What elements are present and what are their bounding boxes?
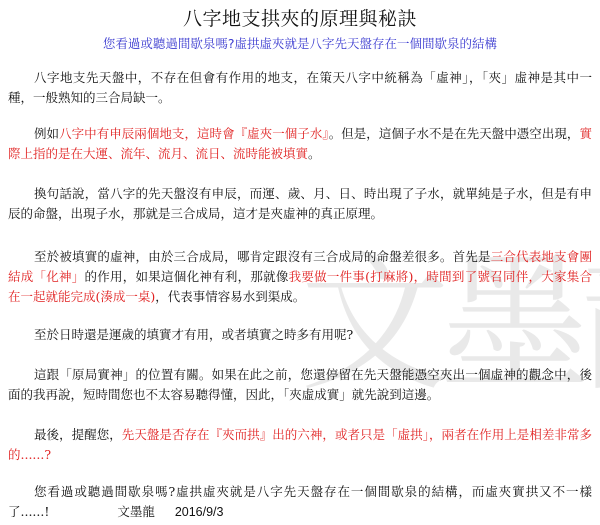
text-segment: ，代表事情容易水到渠成。 bbox=[155, 289, 305, 304]
text-segment: 換句話說，當八字的先天盤沒有申辰，而運、歲、月、日、時出現了子水，就單純是子水，… bbox=[8, 186, 592, 221]
text-segment: 這跟「原局實神」的位置有關。如果在此之前，您還停留在先天盤能憑空夾出一個虛神的觀… bbox=[8, 367, 592, 402]
paragraph-6: 這跟「原局實神」的位置有關。如果在此之前，您還停留在先天盤能憑空夾出一個虛神的觀… bbox=[8, 365, 592, 405]
highlight-segment: 八字中有申辰兩個地支，這時會『虛夾一個子水』 bbox=[59, 126, 329, 141]
text-segment: 至於日時還是運歲的填實才有用，或者填實之時多有用呢? bbox=[34, 327, 353, 342]
text-segment: 的作用，如果這個化神有利，那就像 bbox=[85, 269, 289, 284]
paragraph-3: 換句話說，當八字的先天盤沒有申辰，而運、歲、月、日、時出現了子水，就單純是子水，… bbox=[8, 184, 592, 224]
text-segment: 您看過或聽過間歇泉嗎?虛拱虛夾就是八字先天盤存在一個間歇泉的結構，而虛夾實拱又不… bbox=[8, 484, 592, 519]
text-segment: 最後，提醒您， bbox=[34, 427, 122, 442]
document-page: 八字地支拱夾的原理與秘訣 您看過或聽過間歇泉嗎?虛拱虛夾就是八字先天盤存在一個間… bbox=[0, 6, 600, 54]
paragraph-8: 您看過或聽過間歇泉嗎?虛拱虛夾就是八字先天盤存在一個間歇泉的結構，而虛夾實拱又不… bbox=[8, 482, 592, 522]
signature-author: 文墨龍 bbox=[117, 504, 155, 519]
text-segment: 例如 bbox=[34, 126, 59, 141]
text-segment: 。但是，這個子水不是在先天盤中憑空出現， bbox=[329, 126, 580, 141]
paragraph-1: 八字地支先天盤中，不存在但會有作用的地支，在策天八字中統稱為「虛神」，「夾」虛神… bbox=[8, 68, 592, 108]
paragraph-2: 例如八字中有申辰兩個地支，這時會『虛夾一個子水』。但是，這個子水不是在先天盤中憑… bbox=[8, 124, 592, 164]
signature-date: 2016/9/3 bbox=[175, 505, 224, 519]
text-segment: 八字地支先天盤中，不存在但會有作用的地支，在策天八字中統稱為「虛神」，「夾」虛神… bbox=[8, 70, 592, 105]
text-segment: 至於被填實的虛神，由於三合成局，哪肯定跟沒有三合成局的命盤差很多。首先是 bbox=[34, 249, 491, 264]
paragraph-5: 至於日時還是運歲的填實才有用，或者填實之時多有用呢? bbox=[8, 325, 592, 345]
document-subtitle: 您看過或聽過間歇泉嗎?虛拱虛夾就是八字先天盤存在一個間歇泉的結構 bbox=[8, 34, 592, 54]
paragraph-7: 最後，提醒您，先天盤是否存在『夾而拱』出的六神，或者只是「虛拱」，兩者在作用上是… bbox=[8, 425, 592, 465]
paragraph-4: 至於被填實的虛神，由於三合成局，哪肯定跟沒有三合成局的命盤差很多。首先是三合代表… bbox=[8, 247, 592, 307]
document-title: 八字地支拱夾的原理與秘訣 bbox=[8, 6, 592, 32]
text-segment: 。 bbox=[308, 146, 321, 161]
